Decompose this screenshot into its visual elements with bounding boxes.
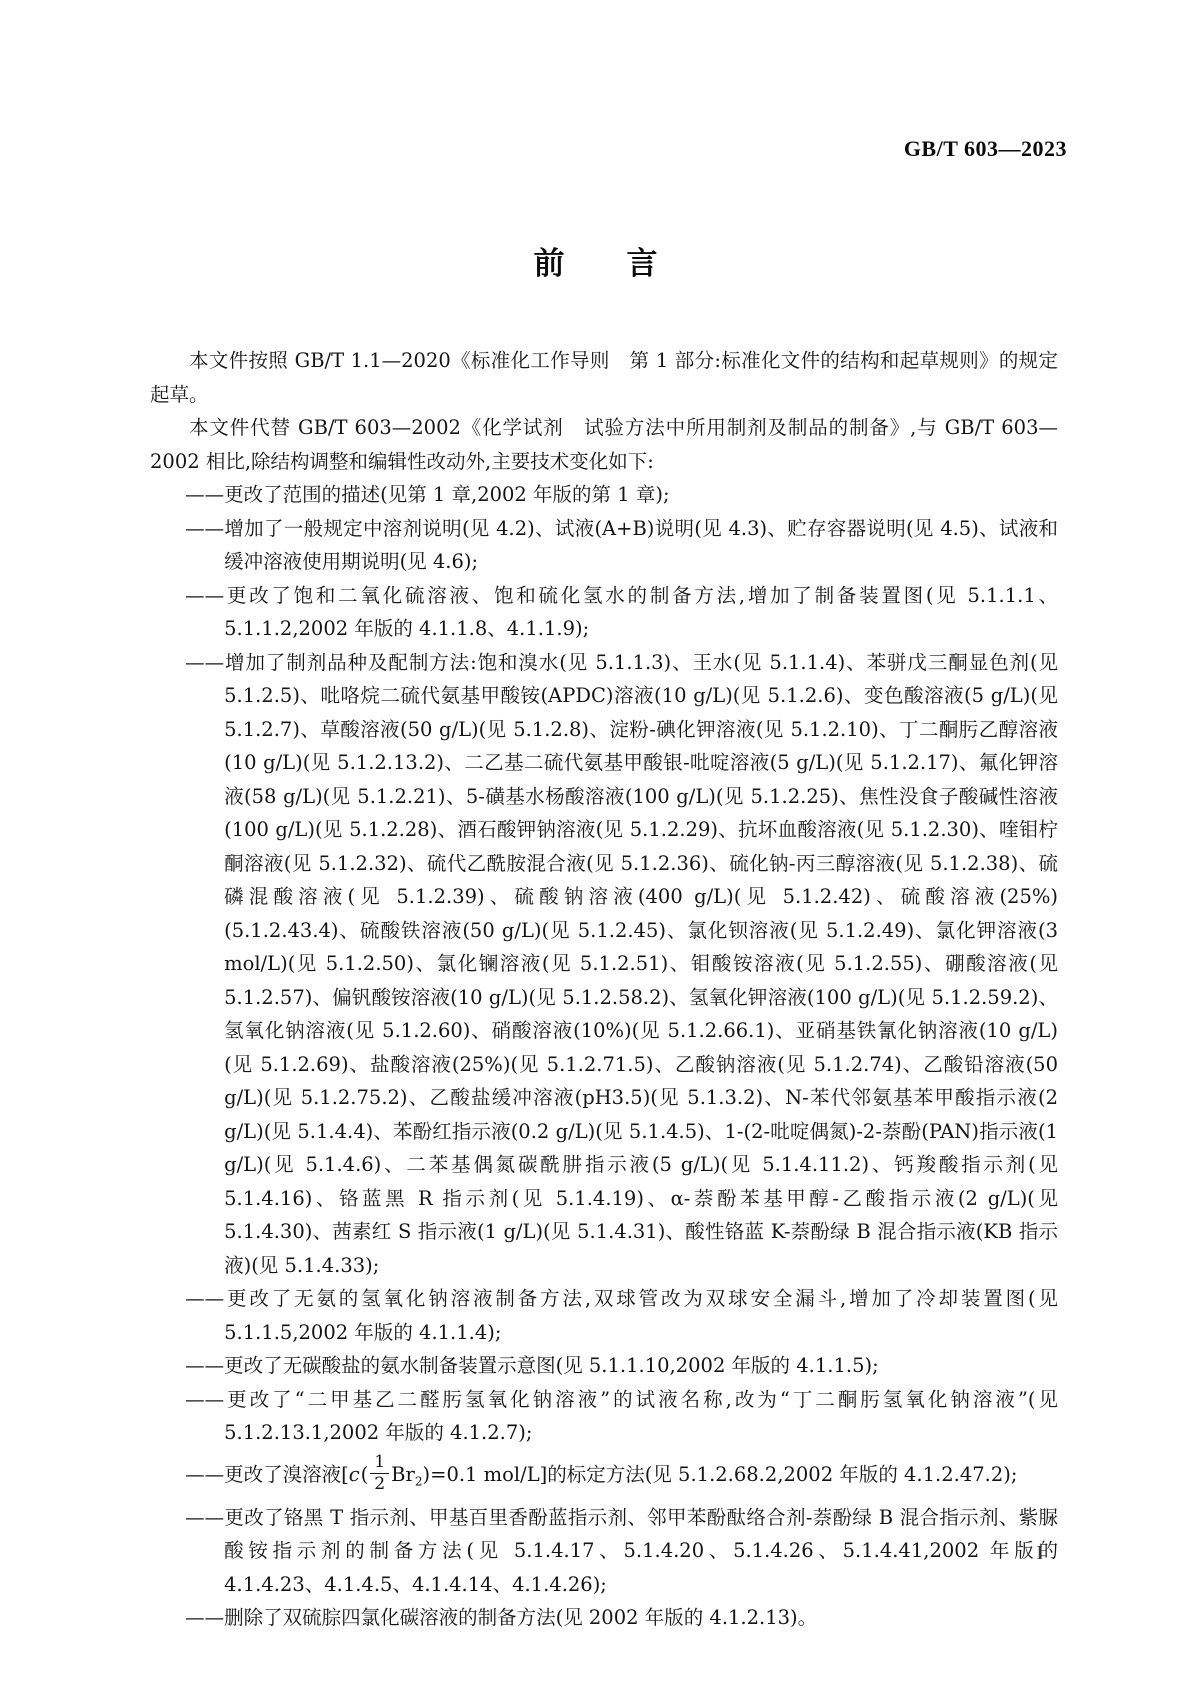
fraction-denominator: 2 (370, 1474, 389, 1494)
page-title: 前 言 (0, 238, 1191, 283)
bromine-subscript: 2 (415, 1474, 423, 1488)
formula-text-after: )=0.1 mol/L]的标定方法(见 5.1.2.68.2,2002 年版的 … (423, 1463, 1018, 1486)
change-item-ammonia-diagram: ——更改了无碳酸盐的氨水制备装置示意图(见 5.1.1.10,2002 年版的 … (150, 1349, 1058, 1383)
change-item-deleted: ——删除了双硫腙四氯化碳溶液的制备方法(见 2002 年版的 4.1.2.13)… (150, 1601, 1058, 1635)
concentration-symbol: c (349, 1463, 361, 1486)
one-half-fraction: 12 (370, 1453, 389, 1494)
foreword-body: 本文件按照 GB/T 1.1—2020《标准化工作导则 第 1 部分:标准化文件… (150, 344, 1058, 1635)
change-item-scope: ——更改了范围的描述(见第 1 章,2002 年版的第 1 章); (150, 478, 1058, 512)
fraction-numerator: 1 (370, 1453, 389, 1474)
change-item-reagent-rename: ——更改了“二甲基乙二醛肟氢氧化钠溶液”的试液名称,改为“丁二酮肟氢氧化钠溶液”… (150, 1383, 1058, 1450)
change-item-saturated-solutions: ——更改了饱和二氧化硫溶液、饱和硫化氢水的制备方法,增加了制备装置图(见 5.1… (150, 579, 1058, 646)
page-number: I (1036, 1542, 1043, 1565)
change-item-indicators: ——更改了铬黑 T 指示剂、甲基百里香酚蓝指示剂、邻甲苯酚酞络合剂-萘酚绿 B … (150, 1501, 1058, 1602)
change-item-bromine-solution: ——更改了溴溶液[c(12Br2)=0.1 mol/L]的标定方法(见 5.1.… (150, 1455, 1058, 1496)
left-paren: ( (361, 1463, 369, 1486)
standard-number: GB/T 603—2023 (904, 136, 1067, 162)
change-item-added-reagents: ——增加了制剂品种及配制方法:饱和溴水(见 5.1.1.3)、王水(见 5.1.… (150, 646, 1058, 1283)
document-page: GB/T 603—2023 前 言 本文件按照 GB/T 1.1—2020《标准… (0, 0, 1191, 1685)
change-item-general-rules: ——增加了一般规定中溶剂说明(见 4.2)、试液(A+B)说明(见 4.3)、贮… (150, 512, 1058, 579)
change-item-naoh-prep: ——更改了无氨的氢氧化钠溶液制备方法,双球管改为双球安全漏斗,增加了冷却装置图(… (150, 1282, 1058, 1349)
bromine-formula: Br (391, 1463, 415, 1486)
intro-paragraph: 本文件按照 GB/T 1.1—2020《标准化工作导则 第 1 部分:标准化文件… (150, 344, 1058, 411)
intro-paragraph: 本文件代替 GB/T 603—2002《化学试剂 试验方法中所用制剂及制品的制备… (150, 411, 1058, 478)
formula-text-before: ——更改了溴溶液[ (185, 1463, 349, 1486)
